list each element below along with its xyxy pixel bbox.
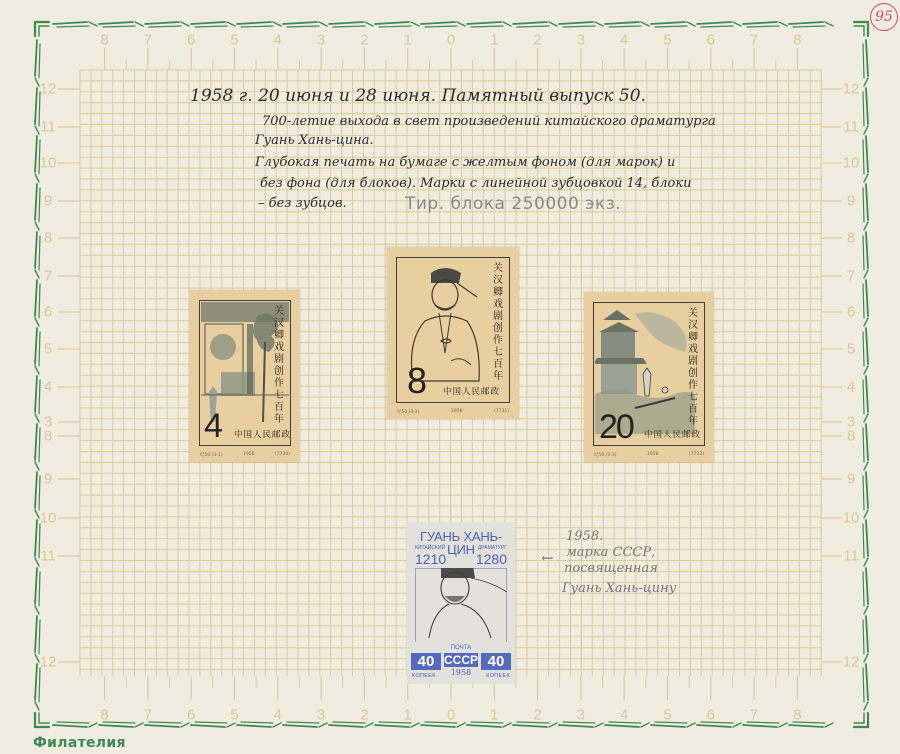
ruler-number: 4	[274, 33, 282, 48]
ruler-number: 5	[230, 708, 238, 723]
ruler-number: 3	[317, 33, 325, 48]
ussr-stamp-years: 1210 1280	[415, 552, 507, 566]
note-line-2: 700-летие выхода в свет произведений кит…	[262, 115, 716, 128]
ruler-number: 9	[847, 194, 855, 209]
stamp-4-fen: 关汉卿戏剧创作七百年 4 中国人民邮政 纪50.(3-1) 1958 (7730…	[190, 290, 300, 462]
stamp-denomination: 8	[407, 363, 427, 399]
page-number-stamp: 95	[870, 3, 898, 31]
ruler-number: 2	[533, 33, 541, 48]
ruler-number: 10	[843, 511, 860, 526]
ussr-value-left: 40	[411, 653, 441, 670]
stamp-code: 纪50.(3-3)	[594, 452, 617, 458]
ussr-center-panel: ПОЧТА СССР 1958	[444, 644, 478, 678]
ruler-number: 6	[847, 305, 855, 320]
ruler-number: 3	[317, 708, 325, 723]
ruler-number: 6	[707, 33, 715, 48]
stamp-code: 1958	[647, 452, 658, 458]
ruler-number: 12	[40, 82, 57, 97]
stamp-inscription: 关汉卿戏剧创作七百年	[491, 263, 505, 383]
ussr-stamp-40-kop: ГУАНЬ ХАНЬ-ЦИН КИТАЙСКИЙ ДРАМАТУРГ 1210 …	[407, 522, 515, 684]
note-line-1: 1958 г. 20 июня и 28 июня. Памятный выпу…	[190, 88, 646, 105]
ruler-number: 9	[44, 194, 52, 209]
ruler-number: 11	[40, 120, 56, 135]
ruler-number: 12	[843, 655, 860, 670]
ussr-issue-year: 1958	[444, 668, 478, 677]
ussr-note-line-1: 1958.	[566, 530, 603, 543]
ussr-note-line-4: Гуань Хань-цину	[562, 582, 676, 595]
ruler-number: 6	[187, 33, 195, 48]
ussr-note-line-2: марка СССР,	[566, 546, 655, 559]
ruler-number: 11	[40, 549, 56, 564]
ruler-number: 4	[274, 708, 282, 723]
ruler-number: 1	[490, 33, 498, 48]
stamp-bottom-codes: 纪50.(3-2) 1958 (7731)	[397, 409, 509, 415]
ruler-number: 4	[620, 33, 628, 48]
ussr-kop-left: КОПЕЕК	[412, 673, 436, 679]
ruler-number: 1	[404, 708, 412, 723]
ruler-number: 10	[843, 156, 860, 171]
stamp-code: (7730)	[275, 452, 290, 458]
ussr-kop-right: КОПЕЕК	[486, 673, 510, 679]
stamp-country-text: 中国人民邮政	[234, 428, 291, 440]
stamp-inscription: 关汉卿戏剧创作七百年	[686, 308, 700, 428]
stamp-code: 纪50.(3-1)	[200, 452, 223, 458]
ruler-number: 7	[44, 269, 52, 284]
ruler-number: 7	[144, 33, 152, 48]
ruler-number: 7	[847, 269, 855, 284]
stamp-code: 纪50.(3-2)	[397, 409, 420, 415]
ruler-number: 8	[100, 33, 108, 48]
ruler-number: 9	[847, 472, 855, 487]
ruler-number: 4	[847, 380, 855, 395]
note-line-6: – без зубцов.	[258, 197, 347, 210]
ruler-number: 8	[44, 429, 52, 444]
ruler-number: 1	[490, 708, 498, 723]
ruler-number: 12	[843, 82, 860, 97]
ruler-number: 7	[144, 708, 152, 723]
ruler-number: 2	[360, 33, 368, 48]
ussr-note-arrow: ←	[541, 551, 554, 566]
ussr-country: СССР	[444, 653, 478, 667]
ruler-number: 6	[707, 708, 715, 723]
note-line-3: Гуань Хань-цина.	[255, 134, 374, 147]
stamp-country-text: 中国人民邮政	[443, 385, 500, 397]
stamp-code: 1958	[243, 452, 254, 458]
ussr-year-start: 1210	[415, 552, 446, 566]
ruler-number: 8	[847, 231, 855, 246]
ruler-number: 8	[793, 33, 801, 48]
ruler-number: 2	[533, 708, 541, 723]
ruler-number: 0	[447, 33, 455, 48]
ussr-stamp-value-band: 40 40 КОПЕЕК КОПЕЕК ПОЧТА СССР 1958	[411, 644, 511, 678]
ruler-number: 5	[663, 708, 671, 723]
stamp-bottom-codes: 纪50.(3-1) 1958 (7730)	[200, 452, 290, 458]
ruler-number: 10	[40, 511, 57, 526]
ruler-number: 3	[577, 708, 585, 723]
ruler-number: 11	[843, 549, 859, 564]
stamp-denomination: 4	[204, 409, 223, 443]
ruler-number: 8	[793, 708, 801, 723]
ruler-number: 2	[360, 708, 368, 723]
note-line-4: Глубокая печать на бумаге с желтым фоном…	[255, 156, 675, 169]
stamp-code: 1958	[451, 409, 462, 415]
ruler-number: 9	[44, 472, 52, 487]
ussr-year-end: 1280	[476, 552, 507, 566]
ruler-number: 5	[44, 342, 52, 357]
stamp-code: (7731)	[494, 409, 509, 415]
ruler-number: 10	[40, 156, 57, 171]
ruler-number: 4	[620, 708, 628, 723]
ussr-note-line-3: посвященная	[564, 562, 658, 575]
ruler-number: 0	[447, 708, 455, 723]
stamp-bottom-codes: 纪50.(3-3) 1958 (7732)	[594, 452, 704, 458]
ruler-number: 7	[750, 708, 758, 723]
ruler-number: 6	[187, 708, 195, 723]
ruler-number: 4	[44, 380, 52, 395]
ruler-number: 5	[847, 342, 855, 357]
stamp-20-fen: 关汉卿戏剧创作七百年 20 中国人民邮政 纪50.(3-3) 1958 (773…	[584, 292, 714, 462]
ruler-number: 11	[843, 120, 859, 135]
ruler-number: 5	[663, 33, 671, 48]
ruler-number: 8	[100, 708, 108, 723]
stamp-code: (7732)	[689, 452, 704, 458]
ruler-number: 3	[577, 33, 585, 48]
ruler-number: 7	[750, 33, 758, 48]
note-line-5: без фона (для блоков). Марки с линейной …	[260, 177, 692, 190]
ussr-portrait-illustration	[415, 568, 507, 642]
stamp-denomination: 20	[599, 410, 633, 444]
ussr-value-right: 40	[481, 653, 511, 670]
stamp-inscription: 关汉卿戏剧创作七百年	[272, 306, 286, 426]
stamp-country-text: 中国人民邮政	[644, 428, 701, 440]
stamp-8-fen: 关汉卿戏剧创作七百年 8 中国人民邮政 纪50.(3-2) 1958 (7731…	[387, 247, 519, 419]
ussr-pochta: ПОЧТА	[444, 645, 478, 651]
footer-label: Филателия	[33, 735, 126, 751]
ruler-number: 1	[404, 33, 412, 48]
ruler-number: 12	[40, 655, 57, 670]
pencil-note-print-run: Тир. блока 250000 экз.	[405, 196, 621, 213]
ruler-number: 5	[230, 33, 238, 48]
ruler-number: 8	[847, 429, 855, 444]
ruler-number: 8	[44, 231, 52, 246]
ruler-number: 6	[44, 305, 52, 320]
album-page: 8765432101234567887654321012345678121110…	[0, 0, 900, 754]
